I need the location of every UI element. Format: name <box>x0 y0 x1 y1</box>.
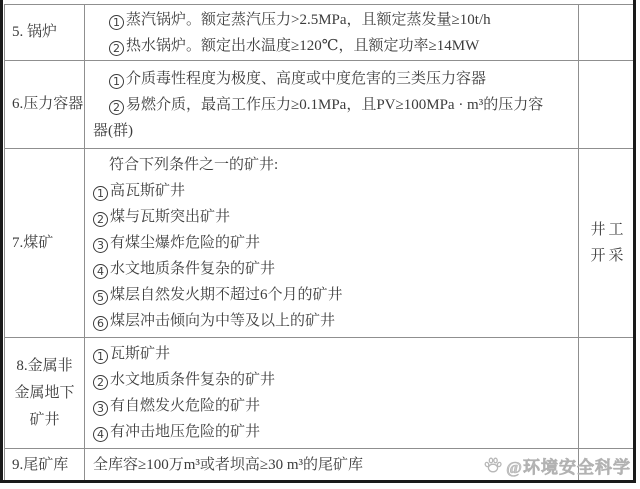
criteria-line: 6煤层冲击倾向为中等及以上的矿井 <box>93 308 574 334</box>
note-cell <box>579 449 635 481</box>
circled-number: 3 <box>93 238 108 253</box>
criteria-line: 1瓦斯矿井 <box>93 341 574 367</box>
circled-number: 3 <box>93 401 108 416</box>
criteria-text: 水文地质条件复杂的矿井 <box>110 261 275 277</box>
criteria-line: 2热水锅炉。额定出水温度≥120℃，且额定功率≥14MW <box>93 33 574 59</box>
criteria-cell: 符合下列条件之一的矿井:1高瓦斯矿井2煤与瓦斯突出矿井3有煤尘爆炸危险的矿井4水… <box>85 149 579 338</box>
criteria-text: 煤层自然发火期不超过6个月的矿井 <box>110 287 343 303</box>
circled-number: 2 <box>109 100 124 115</box>
category-cell: 6.压力容器 <box>5 61 85 149</box>
note-cell <box>579 61 635 149</box>
criteria-line: 符合下列条件之一的矿井: <box>93 152 574 178</box>
criteria-line: 1高瓦斯矿井 <box>93 178 574 204</box>
category-line: 9.尾矿库 <box>12 452 68 479</box>
criteria-text: 瓦斯矿井 <box>110 346 170 362</box>
circled-number: 1 <box>109 15 124 30</box>
note-line: 开采 <box>587 243 626 269</box>
category-cell: 7.煤矿 <box>5 149 85 338</box>
category-line: 5. 锅炉 <box>12 19 57 46</box>
circled-number: 1 <box>109 74 124 89</box>
criteria-text: 水文地质条件复杂的矿井 <box>110 372 275 388</box>
criteria-text: 介质毒性程度为极度、高度或中度危害的三类压力容器 <box>126 71 486 87</box>
criteria-text: 煤与瓦斯突出矿井 <box>110 209 230 225</box>
category-line: 7.煤矿 <box>12 230 53 257</box>
circled-number: 1 <box>93 186 108 201</box>
note-cell: 井工开采 <box>579 149 635 338</box>
criteria-cell: 全库容≥100万m³或者坝高≥30 m³的尾矿库 <box>85 449 579 481</box>
criteria-line: 2易燃介质，最高工作压力≥0.1MPa，且PV≥100MPa · m³的压力容 <box>93 92 574 118</box>
criteria-cell: 1蒸汽锅炉。额定蒸汽压力>2.5MPa，且额定蒸发量≥10t/h2热水锅炉。额定… <box>85 5 579 61</box>
circled-number: 2 <box>93 212 108 227</box>
criteria-line: 全库容≥100万m³或者坝高≥30 m³的尾矿库 <box>93 452 574 478</box>
criteria-text: 高瓦斯矿井 <box>110 183 185 199</box>
circled-number: 2 <box>93 375 108 390</box>
category-line: 8.金属非 <box>16 353 72 380</box>
criteria-text: 有冲击地压危险的矿井 <box>110 424 260 440</box>
criteria-cell: 1瓦斯矿井2水文地质条件复杂的矿井3有自燃发火危险的矿井4有冲击地压危险的矿井 <box>85 338 579 449</box>
category-line: 金属地下 <box>14 380 74 407</box>
circled-number: 1 <box>93 349 108 364</box>
document-page: 5. 锅炉1蒸汽锅炉。额定蒸汽压力>2.5MPa，且额定蒸发量≥10t/h2热水… <box>0 0 640 489</box>
circled-number: 4 <box>93 264 108 279</box>
criteria-text: 全库容≥100万m³或者坝高≥30 m³的尾矿库 <box>93 457 363 473</box>
note-line: 井工 <box>587 217 626 243</box>
category-cell: 5. 锅炉 <box>5 5 85 61</box>
criteria-text: 蒸汽锅炉。额定蒸汽压力>2.5MPa，且额定蒸发量≥10t/h <box>126 12 491 28</box>
circled-number: 5 <box>93 290 108 305</box>
category-cell: 8.金属非金属地下矿井 <box>5 338 85 449</box>
note-cell <box>579 5 635 61</box>
category-line: 矿井 <box>29 407 59 434</box>
criteria-line: 4有冲击地压危险的矿井 <box>93 419 574 445</box>
criteria-line: 2煤与瓦斯突出矿井 <box>93 204 574 230</box>
criteria-text: 有自燃发火危险的矿井 <box>110 398 260 414</box>
criteria-line: 3有自燃发火危险的矿井 <box>93 393 574 419</box>
criteria-text: 热水锅炉。额定出水温度≥120℃，且额定功率≥14MW <box>126 38 479 54</box>
criteria-line: 3有煤尘爆炸危险的矿井 <box>93 230 574 256</box>
criteria-line: 2水文地质条件复杂的矿井 <box>93 367 574 393</box>
criteria-cell: 1介质毒性程度为极度、高度或中度危害的三类压力容器2易燃介质，最高工作压力≥0.… <box>85 61 579 149</box>
category-line: 6.压力容器 <box>12 91 83 118</box>
criteria-text: 煤层冲击倾向为中等及以上的矿井 <box>110 313 335 329</box>
circled-number: 2 <box>109 41 124 56</box>
circled-number: 6 <box>93 316 108 331</box>
note-cell <box>579 338 635 449</box>
criteria-text: 器(群) <box>93 123 133 139</box>
criteria-line: 4水文地质条件复杂的矿井 <box>93 256 574 282</box>
criteria-line: 1蒸汽锅炉。额定蒸汽压力>2.5MPa，且额定蒸发量≥10t/h <box>93 7 574 33</box>
criteria-text: 有煤尘爆炸危险的矿井 <box>110 235 260 251</box>
criteria-table: 5. 锅炉1蒸汽锅炉。额定蒸汽压力>2.5MPa，且额定蒸发量≥10t/h2热水… <box>4 4 635 481</box>
criteria-text: 符合下列条件之一的矿井: <box>109 157 278 173</box>
criteria-text: 易燃介质，最高工作压力≥0.1MPa，且PV≥100MPa · m³的压力容 <box>126 97 543 113</box>
category-cell: 9.尾矿库 <box>5 449 85 481</box>
criteria-line: 1介质毒性程度为极度、高度或中度危害的三类压力容器 <box>93 66 574 92</box>
criteria-line: 5煤层自然发火期不超过6个月的矿井 <box>93 282 574 308</box>
circled-number: 4 <box>93 427 108 442</box>
criteria-line: 器(群) <box>93 118 574 144</box>
